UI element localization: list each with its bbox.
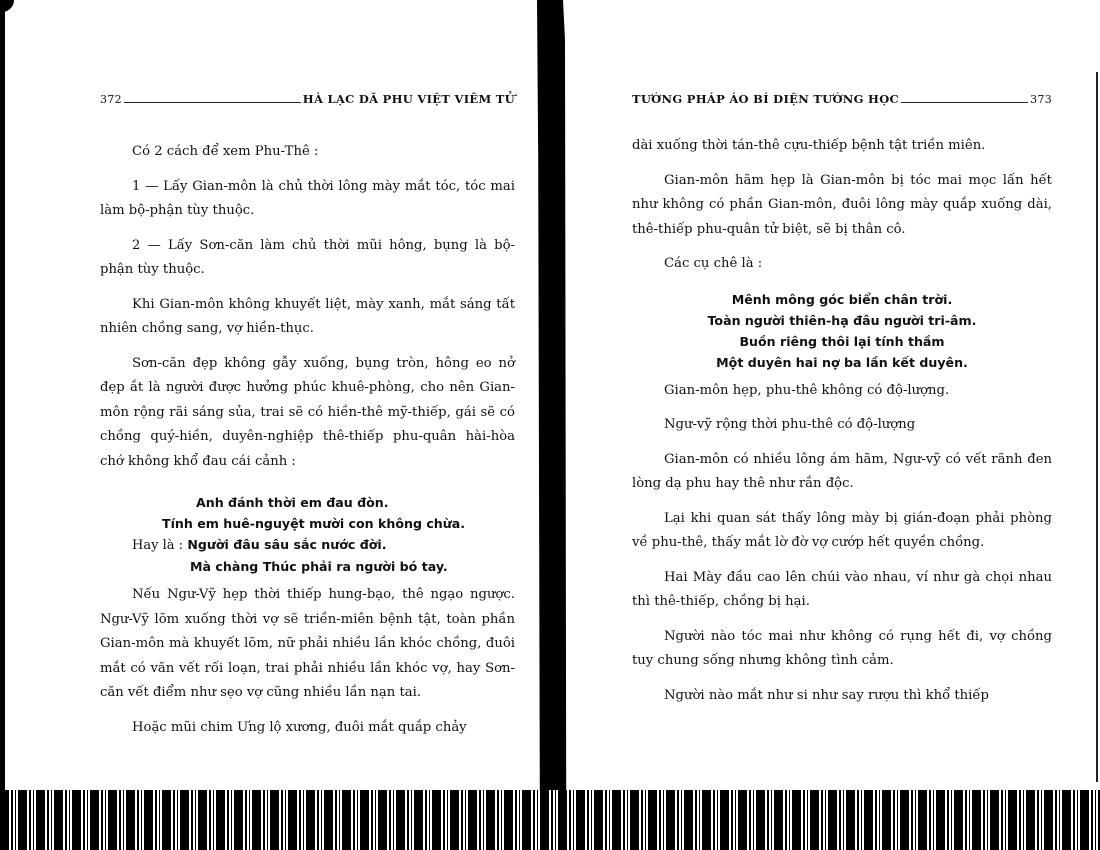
right-running-head: TƯỚNG PHÁP ÁO BÍ DIỆN TƯỚNG HỌC 373 bbox=[632, 88, 1052, 106]
paragraph: Ngư-vỹ rộng thời phu-thê có độ-lượng bbox=[632, 413, 1052, 438]
left-running-head: 372 HÀ LẠC DÃ PHU VIỆT VIÊM TỬ bbox=[100, 88, 515, 106]
paragraph: dài xuống thời tán-thê cựu-thiếp bệnh tậ… bbox=[632, 134, 1052, 159]
verse-line: Anh đánh thời em đau đòn. bbox=[100, 492, 515, 513]
header-rule bbox=[124, 102, 301, 103]
verse-line: Buồn riêng thôi lại tính thầm bbox=[632, 331, 1052, 352]
scan-right-border bbox=[1096, 72, 1098, 782]
paragraph: Nếu Ngư-Vỹ hẹp thời thiếp hung-bạo, thê … bbox=[100, 583, 515, 706]
verse-line-with-label: Hay là : Người đâu sâu sắc nước đời. bbox=[100, 534, 515, 556]
verse-line: Tính em huê-nguyệt mười con không chừa. bbox=[100, 513, 515, 534]
paragraph: Các cụ chê là : bbox=[632, 252, 1052, 277]
verse-label: Hay là : bbox=[132, 538, 183, 553]
verse-line: Mà chàng Thúc phải ra người bó tay. bbox=[100, 556, 515, 577]
book-spine-shadow bbox=[535, 0, 575, 790]
paragraph: Người nào tóc mai như không có rụng hết … bbox=[632, 625, 1052, 674]
scan-corner-mark bbox=[0, 0, 14, 12]
paragraph: 2 — Lấy Sơn-căn làm chủ thời mũi hông, b… bbox=[100, 234, 515, 283]
page-number: 373 bbox=[1030, 93, 1052, 106]
running-title: HÀ LẠC DÃ PHU VIỆT VIÊM TỬ bbox=[303, 92, 515, 106]
right-page: TƯỚNG PHÁP ÁO BÍ DIỆN TƯỚNG HỌC 373 dài … bbox=[632, 0, 1052, 790]
verse-block: Anh đánh thời em đau đòn. Tính em huê-ng… bbox=[100, 492, 515, 577]
paragraph: Gian-môn hẹp, phu-thê không có độ-lượng. bbox=[632, 379, 1052, 404]
paragraph: Sơn-căn đẹp không gẫy xuống, bụng tròn, … bbox=[100, 352, 515, 475]
page-number: 372 bbox=[100, 93, 122, 106]
running-title: TƯỚNG PHÁP ÁO BÍ DIỆN TƯỚNG HỌC bbox=[632, 92, 899, 106]
verse-block: Mênh mông góc biển chân trời. Toàn người… bbox=[632, 289, 1052, 373]
verse-line: Người đâu sâu sắc nước đời. bbox=[187, 537, 386, 552]
paragraph: 1 — Lấy Gian-môn là chủ thời lông mày mắ… bbox=[100, 175, 515, 224]
paragraph: Hoặc mũi chim Ưng lộ xương, đuôi mắt quắ… bbox=[100, 716, 515, 741]
left-body: Có 2 cách để xem Phu-Thê : 1 — Lấy Gian-… bbox=[100, 140, 515, 750]
paragraph: Người nào mắt như si như say rượu thì kh… bbox=[632, 684, 1052, 709]
verse-line: Mênh mông góc biển chân trời. bbox=[632, 289, 1052, 310]
paragraph: Hai Mày đầu cao lên chúi vào nhau, ví nh… bbox=[632, 566, 1052, 615]
paragraph: Gian-môn hãm hẹp là Gian-môn bị tóc mai … bbox=[632, 169, 1052, 243]
header-rule bbox=[901, 102, 1028, 103]
scan-left-border bbox=[0, 0, 5, 790]
paragraph: Lại khi quan sát thấy lông mày bị gián-đ… bbox=[632, 507, 1052, 556]
right-body: dài xuống thời tán-thê cựu-thiếp bệnh tậ… bbox=[632, 134, 1052, 718]
paragraph: Gian-môn có nhiều lông ám hãm, Ngư-vỹ có… bbox=[632, 448, 1052, 497]
verse-line: Toàn người thiên-hạ đâu người tri-âm. bbox=[632, 310, 1052, 331]
paragraph: Khi Gian-môn không khuyết liệt, mày xanh… bbox=[100, 293, 515, 342]
scan-bottom-stripe-artifact bbox=[0, 790, 1100, 850]
paragraph: Có 2 cách để xem Phu-Thê : bbox=[100, 140, 515, 165]
verse-line: Một duyên hai nợ ba lần kết duyên. bbox=[632, 352, 1052, 373]
left-page: 372 HÀ LẠC DÃ PHU VIỆT VIÊM TỬ Có 2 cách… bbox=[100, 0, 515, 790]
